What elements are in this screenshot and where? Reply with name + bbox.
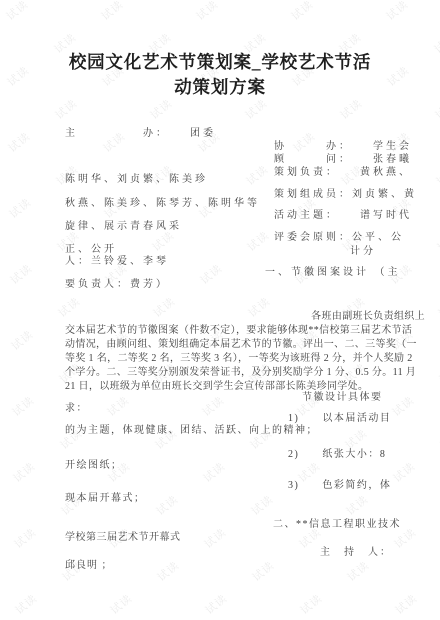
watermark: 试读 bbox=[343, 491, 372, 519]
watermark: 试读 bbox=[201, 524, 230, 552]
watermark: 试读 bbox=[288, 0, 317, 24]
page-title: 校园文化艺术节策划案_学校艺术节活 动策划方案 bbox=[0, 50, 440, 100]
requirements-heading: 节徽设计具体要 bbox=[302, 392, 383, 404]
watermark: 试读 bbox=[12, 590, 41, 618]
section2-host-value: 邱良明 ； bbox=[65, 560, 113, 572]
paragraph-line: 个学分。二、三等奖分别颁发荣誉证书，及分别奖励学分 1 分、0.5 分。11 月 bbox=[65, 367, 416, 379]
section1-heading-cont: 要负责人：费芳） bbox=[65, 279, 169, 291]
watermark: 试读 bbox=[11, 524, 40, 552]
requirement-item-2-cont: 开绘图纸； bbox=[65, 460, 123, 472]
watermark: 试读 bbox=[248, 491, 277, 519]
watermark: 试读 bbox=[10, 458, 39, 486]
watermark: 试读 bbox=[433, 161, 440, 189]
field-scorer-head: 计分 bbox=[350, 246, 376, 258]
watermark: 试读 bbox=[197, 260, 226, 288]
section1-heading: 一、节徽图案设计 （主 bbox=[265, 267, 401, 279]
watermark: 试读 bbox=[435, 293, 440, 321]
watermark: 试读 bbox=[98, 0, 127, 24]
section2-host-label: 主 持 人： bbox=[320, 547, 392, 559]
watermark: 试读 bbox=[436, 359, 440, 387]
field-co-host: 协 办： 学生会 bbox=[274, 141, 412, 153]
field-planning-team-cont: 秋燕、陈美珍、陈琴芳、陈明华等 bbox=[65, 198, 260, 210]
field-jury-principle: 评委会原则：公平、公 bbox=[274, 232, 404, 244]
watermark: 试读 bbox=[104, 392, 133, 420]
watermark: 试读 bbox=[9, 392, 38, 420]
field-jury-principle-cont: 正、公开 bbox=[65, 244, 117, 256]
field-activity-theme-cont: 旋律、展示青春风采 bbox=[65, 221, 182, 233]
watermark: 试读 bbox=[243, 161, 272, 189]
watermark: 试读 bbox=[6, 194, 35, 222]
requirement-item-1: 1) 以本届活动目 bbox=[288, 413, 391, 425]
section2-heading: 二、**信息工程职业技术 bbox=[273, 519, 401, 531]
document-page: 试读试读试读试读试读试读试读试读试读试读试读试读试读试读试读试读试读试读试读试读… bbox=[0, 0, 440, 620]
watermark: 试读 bbox=[389, 392, 418, 420]
field-planning-team: 策划组成员：刘贞繁、黄 bbox=[274, 189, 417, 201]
title-line-2: 动策划方案 bbox=[174, 77, 266, 97]
watermark: 试读 bbox=[383, 0, 412, 24]
watermark: 试读 bbox=[5, 128, 34, 156]
watermark: 试读 bbox=[390, 458, 419, 486]
section2-heading-cont: 学校第三届艺术节开幕式 bbox=[65, 532, 181, 544]
requirement-item-2: 2) 纸张大小：8 bbox=[288, 449, 386, 461]
requirement-item-3-cont: 现本届开幕式； bbox=[65, 493, 146, 505]
watermark: 试读 bbox=[7, 260, 36, 288]
paragraph-line: 等奖 1 名，二等奖 2 名，三等奖 3 名），一等奖为该班得 2 分，并个人奖… bbox=[65, 353, 413, 365]
watermark: 试读 bbox=[392, 590, 421, 618]
watermark: 试读 bbox=[107, 590, 136, 618]
watermark: 试读 bbox=[153, 491, 182, 519]
watermark: 试读 bbox=[193, 0, 222, 24]
watermark: 试读 bbox=[154, 557, 183, 585]
watermark: 试读 bbox=[3, 0, 32, 24]
field-planning-lead-cont: 陈明华、刘贞繁、陈美珍 bbox=[65, 174, 208, 186]
title-line-1: 校园文化艺术节策划案_学校艺术节活 bbox=[69, 52, 371, 72]
watermark: 试读 bbox=[202, 590, 231, 618]
paragraph-line: 动情况，由顾问组、策划组确定本届艺术节的节徽。评出一、二、三等奖（一 bbox=[65, 339, 417, 351]
watermark: 试读 bbox=[297, 590, 326, 618]
paragraph-line: 各班由副班长负责组织上 bbox=[65, 311, 425, 323]
watermark: 试读 bbox=[249, 557, 278, 585]
requirement-item-3: 3) 色彩简约，体 bbox=[288, 480, 391, 492]
watermark: 试读 bbox=[244, 227, 273, 255]
watermark: 试读 bbox=[200, 458, 229, 486]
requirement-item-1-cont: 的为主题，体现健康、团结、活跃、向上的精神； bbox=[65, 425, 318, 437]
requirements-heading-cont: 求： bbox=[65, 403, 88, 415]
watermark: 试读 bbox=[434, 227, 440, 255]
paragraph-line: 交本届艺术节的节徽图案（件数不定），要求能够体现**信校第三届艺术节活 bbox=[65, 325, 412, 337]
field-activity-theme: 活动主题： 谱写时代 bbox=[274, 210, 412, 222]
field-scorer-names: 人：兰铃爱、李琴 bbox=[65, 256, 169, 268]
watermark: 试读 bbox=[437, 425, 440, 453]
watermark: 试读 bbox=[8, 326, 37, 354]
field-advisor: 顾 问： 张春曦 bbox=[274, 154, 412, 166]
field-planning-lead: 策划负责： 黄秋燕、 bbox=[274, 167, 412, 179]
watermark: 试读 bbox=[199, 392, 228, 420]
field-host: 主 办： 团委 bbox=[65, 128, 216, 140]
watermark: 试读 bbox=[344, 557, 373, 585]
